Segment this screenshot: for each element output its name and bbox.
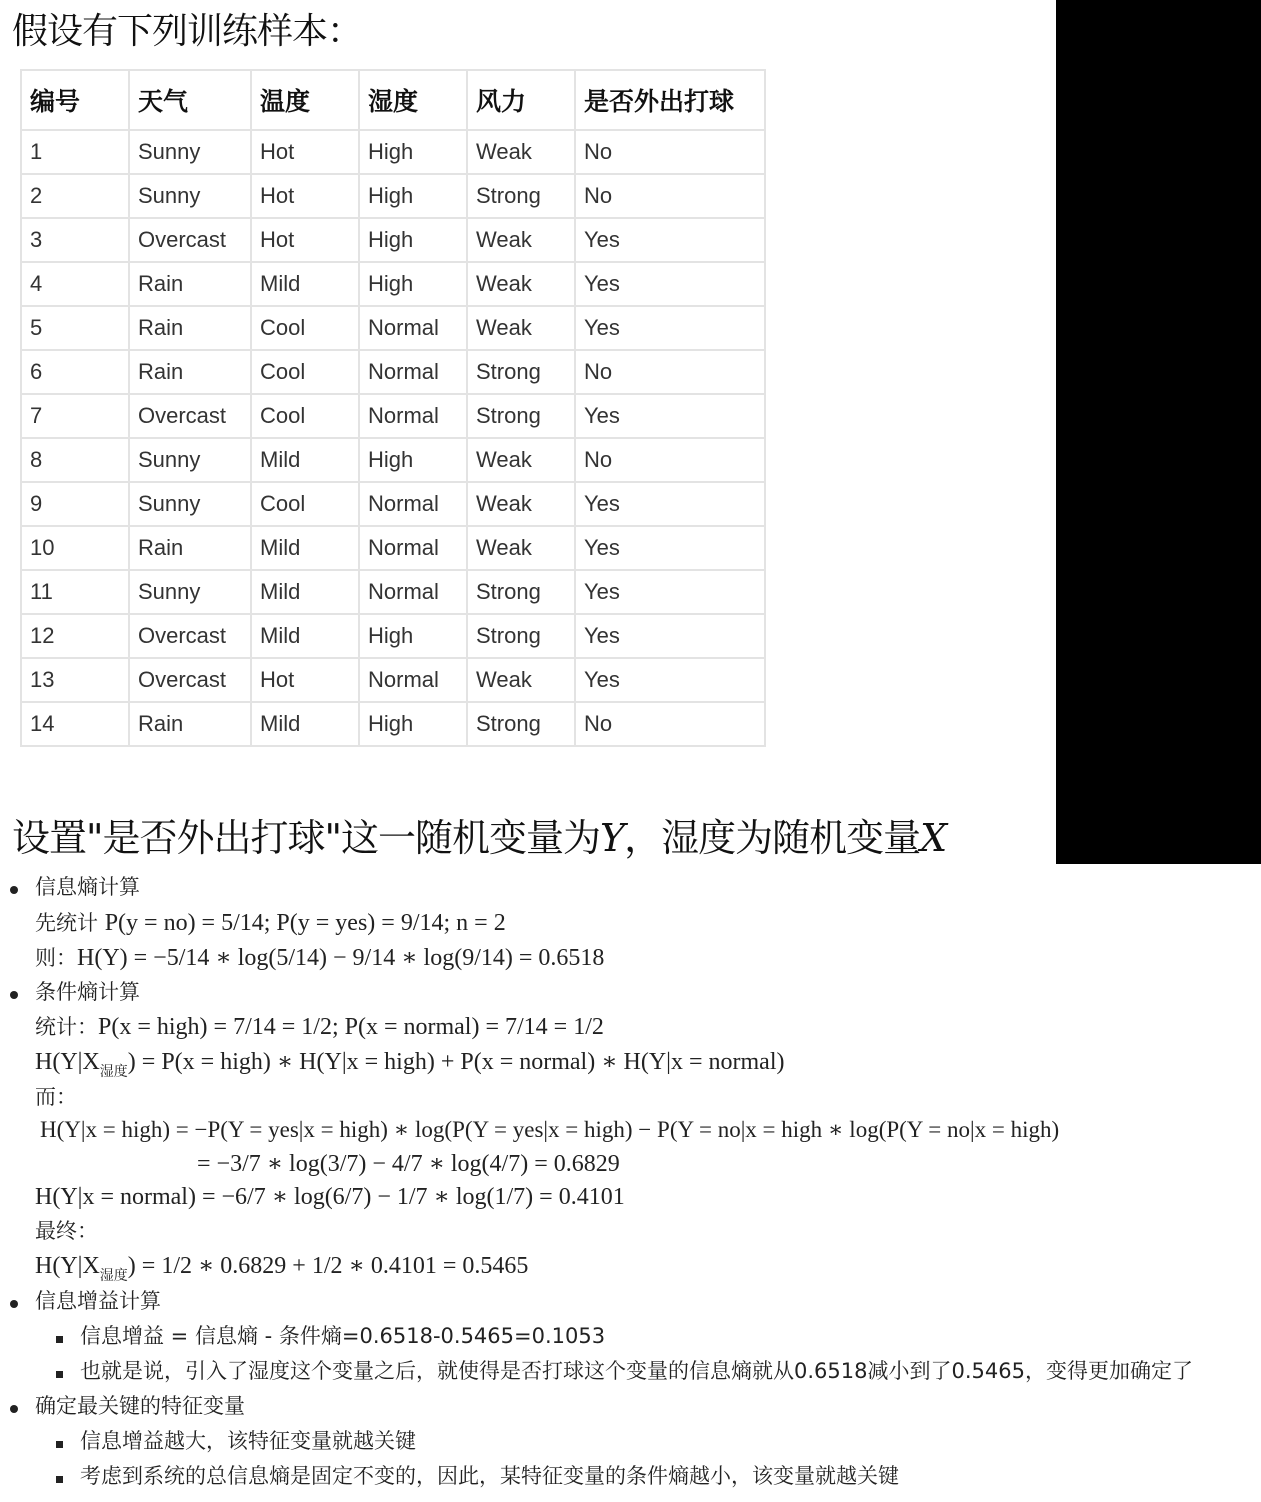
bullet-icon [10,1300,18,1308]
table-cell: Mild [251,614,359,658]
table-cell: Strong [467,350,575,394]
conditional-line-7: 最终： [35,1214,98,1248]
table-cell: 11 [21,570,129,614]
table-cell: Mild [251,570,359,614]
table-cell: Cool [251,306,359,350]
table-cell: Sunny [129,174,251,218]
table-cell: Weak [467,130,575,174]
table-cell: Yes [575,526,765,570]
entropy-stats-formula: P(y = no) = 5/14; P(y = yes) = 9/14; n =… [105,910,506,936]
table-cell: Overcast [129,394,251,438]
table-cell: Mild [251,438,359,482]
entropy-line-1: 先统计 P(y = no) = 5/14; P(y = yes) = 9/14;… [35,906,506,940]
var-x: X [920,816,946,860]
table-cell: Normal [359,526,467,570]
table-cell: No [575,702,765,746]
table-cell: Rain [129,306,251,350]
square-bullet-icon [56,1476,63,1483]
square-bullet-icon [56,1371,63,1378]
setup-prefix: 设置"是否外出打球"这一随机变量为 [12,816,600,860]
table-cell: No [575,438,765,482]
table-cell: High [359,174,467,218]
table-cell: Yes [575,394,765,438]
table-cell: Sunny [129,482,251,526]
table-cell: Yes [575,658,765,702]
conditional-line-1: 统计：P(x = high) = 7/14 = 1/2; P(x = norma… [35,1010,604,1044]
table-cell: Rain [129,526,251,570]
var-y: Y [600,816,624,860]
table-cell: 1 [21,130,129,174]
section-conditional-title: 条件熵计算 [35,975,140,1009]
conditional-normal-formula: H(Y|x = normal) = −6/7 ∗ log(6/7) − 1/7 … [35,1180,625,1214]
conditional-stats-formula: P(x = high) = 7/14 = 1/2; P(x = normal) … [98,1014,604,1040]
table-cell: High [359,130,467,174]
table-cell: Rain [129,350,251,394]
key-feature-item: 信息增益越大，该特征变量就越关键 [80,1424,416,1458]
table-cell: Normal [359,394,467,438]
header-wind: 风力 [467,70,575,130]
table-cell: Yes [575,614,765,658]
table-cell: Normal [359,658,467,702]
table-row: 2SunnyHotHighStrongNo [21,174,765,218]
table-cell: Cool [251,394,359,438]
table-cell: Weak [467,438,575,482]
table-cell: 10 [21,526,129,570]
table-cell: High [359,614,467,658]
conditional-final-formula: H(Y|X湿度) = 1/2 ∗ 0.6829 + 1/2 ∗ 0.4101 =… [35,1249,528,1287]
table-cell: Overcast [129,658,251,702]
table-row: 12OvercastMildHighStrongYes [21,614,765,658]
table-cell: 14 [21,702,129,746]
black-overlay-block [1056,0,1261,864]
table-cell: High [359,438,467,482]
table-cell: Yes [575,262,765,306]
table-cell: Normal [359,482,467,526]
header-id: 编号 [21,70,129,130]
table-cell: 7 [21,394,129,438]
table-cell: Weak [467,658,575,702]
section-gain-title: 信息增益计算 [35,1284,161,1318]
table-cell: Mild [251,526,359,570]
table-cell: Yes [575,482,765,526]
table-cell: 6 [21,350,129,394]
table-cell: 12 [21,614,129,658]
table-cell: Strong [467,570,575,614]
table-header-row: 编号 天气 温度 湿度 风力 是否外出打球 [21,70,765,130]
variable-setup-heading: 设置"是否外出打球"这一随机变量为Y，湿度为随机变量X [12,810,946,866]
table-cell: High [359,218,467,262]
table-cell: 8 [21,438,129,482]
table-cell: No [575,174,765,218]
table-cell: 4 [21,262,129,306]
table-cell: Normal [359,570,467,614]
bullet-icon [10,886,18,894]
table-cell: Yes [575,570,765,614]
table-row: 1SunnyHotHighWeakNo [21,130,765,174]
table-cell: Sunny [129,130,251,174]
table-cell: Strong [467,174,575,218]
gain-item: 信息增益 = 信息熵 - 条件熵=0.6518-0.5465=0.1053 [80,1319,605,1353]
table-cell: No [575,350,765,394]
table-row: 9SunnyCoolNormalWeakYes [21,482,765,526]
bullet-icon [10,1405,18,1413]
entropy-line-2: 则：H(Y) = −5/14 ∗ log(5/14) − 9/14 ∗ log(… [35,941,604,975]
table-cell: Rain [129,262,251,306]
table-cell: Sunny [129,438,251,482]
conditional-line-3: 而： [35,1080,77,1114]
table-row: 7OvercastCoolNormalStrongYes [21,394,765,438]
header-humidity: 湿度 [359,70,467,130]
table-cell: Cool [251,350,359,394]
page-heading: 假设有下列训练样本： [12,6,362,58]
table-cell: 3 [21,218,129,262]
table-cell: Yes [575,218,765,262]
table-cell: Normal [359,306,467,350]
table-cell: Rain [129,702,251,746]
table-cell: High [359,702,467,746]
table-cell: Strong [467,394,575,438]
gain-item: 也就是说，引入了湿度这个变量之后，就使得是否打球这个变量的信息熵就从0.6518… [80,1354,1193,1388]
square-bullet-icon [56,1441,63,1448]
conditional-high-result: = −3/7 ∗ log(3/7) − 4/7 ∗ log(4/7) = 0.6… [197,1147,620,1181]
table-row: 10RainMildNormalWeakYes [21,526,765,570]
table-cell: 13 [21,658,129,702]
table-cell: Weak [467,482,575,526]
table-cell: Yes [575,306,765,350]
setup-middle: ，湿度为随机变量 [624,816,920,860]
bullet-icon [10,991,18,999]
table-row: 6RainCoolNormalStrongNo [21,350,765,394]
table-cell: Hot [251,174,359,218]
entropy-formula: H(Y) = −5/14 ∗ log(5/14) − 9/14 ∗ log(9/… [77,945,604,971]
header-weather: 天气 [129,70,251,130]
table-cell: 9 [21,482,129,526]
table-cell: Normal [359,350,467,394]
table-cell: Strong [467,614,575,658]
table-cell: Mild [251,262,359,306]
table-cell: Weak [467,526,575,570]
table-cell: 2 [21,174,129,218]
table-cell: Hot [251,658,359,702]
training-samples-table: 编号 天气 温度 湿度 风力 是否外出打球 1SunnyHotHighWeakN… [20,69,766,747]
table-cell: High [359,262,467,306]
table-row: 5RainCoolNormalWeakYes [21,306,765,350]
table-cell: Cool [251,482,359,526]
table-cell: Weak [467,306,575,350]
section-key-feature-title: 确定最关键的特征变量 [35,1389,245,1423]
square-bullet-icon [56,1336,63,1343]
table-cell: Weak [467,218,575,262]
table-row: 8SunnyMildHighWeakNo [21,438,765,482]
table-row: 4RainMildHighWeakYes [21,262,765,306]
table-row: 14RainMildHighStrongNo [21,702,765,746]
table-cell: Mild [251,702,359,746]
section-entropy-title: 信息熵计算 [35,870,140,904]
key-feature-item: 考虑到系统的总信息熵是固定不变的，因此，某特征变量的条件熵越小，该变量就越关键 [80,1459,899,1493]
table-row: 3OvercastHotHighWeakYes [21,218,765,262]
table-cell: Strong [467,702,575,746]
conditional-high-formula: H(Y|x = high) = −P(Y = yes|x = high) ∗ l… [40,1113,1059,1147]
table-cell: Sunny [129,570,251,614]
conditional-line-2: H(Y|X湿度) = P(x = high) ∗ H(Y|x = high) +… [35,1045,785,1083]
table-cell: No [575,130,765,174]
table-cell: 5 [21,306,129,350]
table-cell: Hot [251,130,359,174]
table-row: 13OvercastHotNormalWeakYes [21,658,765,702]
table-cell: Overcast [129,614,251,658]
table-row: 11SunnyMildNormalStrongYes [21,570,765,614]
table-cell: Hot [251,218,359,262]
header-temperature: 温度 [251,70,359,130]
table-cell: Overcast [129,218,251,262]
header-play: 是否外出打球 [575,70,765,130]
table-cell: Weak [467,262,575,306]
